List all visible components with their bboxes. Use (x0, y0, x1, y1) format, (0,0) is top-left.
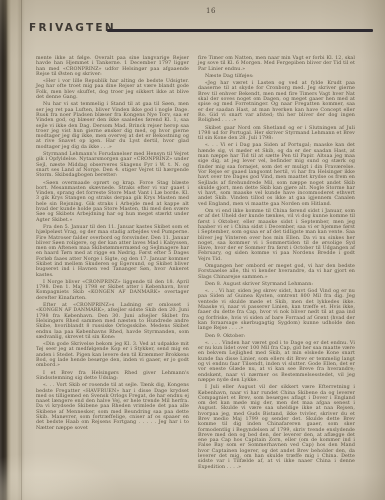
paragraph: Om vi end ikke komme til China førend si… (198, 209, 355, 262)
header-rule (107, 29, 373, 32)
paragraph: «. . . . Vinden har været god i to Dage … (198, 341, 355, 383)
left-column: mente ikke at følge. Overalt paa sine la… (36, 56, 189, 472)
paragraph: I et Brev fra Helsingørs Rhed giver Lehm… (36, 371, 189, 382)
paragraph: fire Timer om Natten, men naar min Vagt … (198, 56, 355, 72)
paragraph: Styrmand Lehmann's Forudanelser med Hens… (36, 152, 189, 178)
paragraph: Efter at «CRONPRINZ»s Ladning er omlosse… (36, 303, 189, 340)
paragraph: «. . . Vi har, siden jeg skrev sidst, ha… (198, 289, 355, 331)
paragraph: Fra den 5. Januar til den 11. Januar kas… (36, 225, 189, 278)
scanned-book-page-photo: 16 FRIVAGTEN mente ikke at følge. Overal… (0, 0, 385, 500)
paragraph: mente ikke at følge. Overalt paa sine la… (36, 56, 189, 77)
paragraph: Næste Dag tilføjes: (198, 74, 355, 79)
paragraph: Den 8. August skriver Styrmand Lehmann: (198, 282, 355, 287)
paragraph: «Her i vor lille Republik har alting de … (36, 79, 189, 100)
paragraph: Skibet gaar Nord om Shetland og er i Slu… (198, 126, 355, 142)
paragraph: Den 9. Oktober: (198, 334, 355, 339)
paragraph: Omgangen her ombord er meget god, vi har… (198, 264, 355, 280)
paragraph: «Søen overmaade oprørt og krap. Force St… (36, 181, 189, 223)
text-columns: mente ikke at følge. Overalt paa sine la… (36, 56, 355, 472)
paragraph: I Norge bliver «CRONPRINZ» liggende til … (36, 280, 189, 301)
paragraph: «Jeg har været i Lasten og ved at fylde … (198, 81, 355, 123)
paragraph: «. . . Vi er i Dag paa Siden af Portugal… (198, 143, 355, 207)
page-title: FRIVAGTEN (29, 22, 116, 34)
page-crease-line (21, 0, 22, 500)
paragraph: «Din gode Skrivelse bekom jeg Kl. 3. Ved… (36, 342, 189, 368)
paragraph: «. . . Vort Skib er rosende til at sejle… (36, 383, 189, 431)
paragraph: I Juli eller August vil der sikkert være… (198, 385, 355, 470)
paragraph: Nu har vi sat temmelig i Stand til at ga… (36, 102, 189, 150)
page-number: 16 (206, 7, 216, 15)
right-column: fire Timer om Natten, men naar min Vagt … (198, 56, 355, 472)
